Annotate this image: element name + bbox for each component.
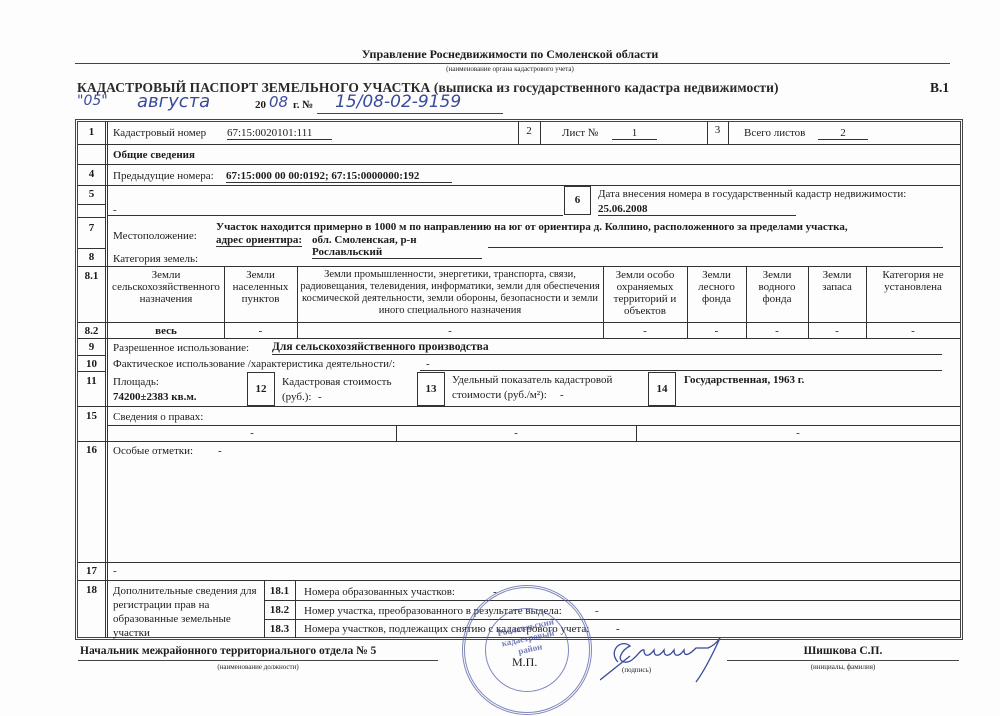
land-category-header: Земли особо охраняемых территорий и объе… xyxy=(604,269,686,317)
official-seal: Рославльский кадастровый район xyxy=(462,585,592,715)
divider xyxy=(420,370,942,371)
row-8-number: 8 xyxy=(78,251,105,263)
divider xyxy=(488,247,943,248)
number-column-divider-2 xyxy=(107,121,108,638)
specific-value-label-2: стоимости (руб./м²): xyxy=(452,389,547,401)
permitted-use-label: Разрешенное использование: xyxy=(113,342,249,354)
rights-label: Сведения о правах: xyxy=(113,411,203,423)
ownership-value: Государственная, 1963 г. xyxy=(684,374,804,386)
cadastral-value-label-2: (руб.): xyxy=(282,391,311,403)
cadastral-value-label: Кадастровая стоимость xyxy=(282,376,392,388)
number-underline xyxy=(317,113,503,114)
total-sheets-value: 2 xyxy=(818,127,868,140)
rights-value-3: - xyxy=(636,427,960,439)
row-8-2-number: 8.2 xyxy=(78,325,105,337)
cadastral-value-value: - xyxy=(318,391,322,403)
land-category-header: Категория не установлена xyxy=(867,269,959,293)
row-3-number: 3 xyxy=(707,124,728,136)
divider xyxy=(728,121,729,144)
row-18-number: 18 xyxy=(78,584,105,596)
row-16-number: 16 xyxy=(78,444,105,456)
divider xyxy=(264,600,960,601)
land-category-header: Земли населенных пунктов xyxy=(225,269,296,305)
issue-date-row: "05" августа 20 08 г. № 15/08-02-9159 xyxy=(77,95,517,117)
area-value: 74200±2383 кв.м. xyxy=(113,391,197,403)
land-category-header: Земли запаса xyxy=(809,269,865,293)
number-column-divider xyxy=(105,121,106,638)
official-name: Шишкова С.П. xyxy=(727,645,959,657)
specific-value-value: - xyxy=(560,389,564,401)
cadastral-number-value: 67:15:0020101:111 xyxy=(227,127,332,140)
row-17-number: 17 xyxy=(78,565,105,577)
divider xyxy=(108,425,960,426)
additional-info-label: Дополнительные сведения для регистрации … xyxy=(113,584,263,640)
row-6-number: 6 xyxy=(564,194,591,206)
date-year-prefix: 20 xyxy=(255,99,266,111)
row-14-number: 14 xyxy=(648,383,676,395)
name-caption: (инициалы, фамилия) xyxy=(727,663,959,671)
specific-value-label: Удельный показатель кадастровой xyxy=(452,374,612,386)
land-category-value: - xyxy=(688,325,745,337)
permitted-use-value: Для сельскохозяйственного производства xyxy=(272,341,489,353)
divider xyxy=(78,322,960,323)
sheet-number-value: 1 xyxy=(612,127,657,140)
land-category-value: весь xyxy=(109,325,223,337)
total-sheets-label: Всего листов xyxy=(744,127,805,139)
general-info-heading: Общие сведения xyxy=(113,149,195,161)
date-month: августа xyxy=(137,91,210,112)
date-year-suffix: 08 xyxy=(269,93,288,111)
row-18-1-number: 18.1 xyxy=(264,585,295,597)
row-4-number: 4 xyxy=(78,168,105,180)
location-landmark-label: адрес ориентира: xyxy=(216,234,302,247)
divider xyxy=(78,338,960,339)
divider xyxy=(78,204,105,205)
row-18-2-number: 18.2 xyxy=(264,604,295,616)
land-category-value: - xyxy=(225,325,296,337)
actual-use-value: - xyxy=(426,358,430,370)
row-8-1-number: 8.1 xyxy=(78,270,105,282)
position-caption: (наименование должности) xyxy=(78,663,438,671)
land-category-value: - xyxy=(298,325,602,337)
rights-value-2: - xyxy=(396,427,636,439)
row-18-3-number: 18.3 xyxy=(264,623,295,635)
organization-caption: (наименование органа кадастрового учета) xyxy=(300,65,720,73)
land-category-header: Земли промышленности, энергетики, трансп… xyxy=(298,269,602,317)
seal-placeholder: М.П. xyxy=(512,655,537,670)
organization-name: Управление Роснедвижимости по Смоленской… xyxy=(300,47,720,62)
registration-date-label: Дата внесения номера в государственный к… xyxy=(598,188,906,200)
land-category-header: Земли водного фонда xyxy=(747,269,807,305)
special-notes-label: Особые отметки: xyxy=(113,445,193,457)
divider xyxy=(78,371,105,372)
formed-plots-label: Номера образованных участков: xyxy=(304,586,455,598)
land-category-header: Земли сельскохозяйственного назначения xyxy=(109,269,223,305)
divider xyxy=(78,217,105,218)
land-category-value: - xyxy=(747,325,807,337)
signature-caption: (подпись) xyxy=(622,666,651,674)
row-2-number: 2 xyxy=(518,125,540,137)
row-11-number: 11 xyxy=(78,375,105,387)
divider xyxy=(78,580,960,581)
divider xyxy=(78,266,960,267)
row-7-number: 7 xyxy=(78,222,105,234)
position-underline xyxy=(78,660,438,661)
divider xyxy=(78,185,960,186)
divider xyxy=(78,406,960,407)
document-number: 15/08-02-9159 xyxy=(335,92,461,112)
divider xyxy=(108,215,563,216)
special-notes-value: - xyxy=(218,445,222,457)
divider xyxy=(78,355,105,356)
divider xyxy=(78,441,960,442)
location-address-value: обл. Смоленская, р-н Рославльский xyxy=(312,234,482,259)
sheet-number-label: Лист № xyxy=(562,127,598,139)
location-value-line1: Участок находится примерно в 1000 м по н… xyxy=(216,221,848,233)
divider xyxy=(272,354,942,355)
row-5-number: 5 xyxy=(78,188,105,200)
organization-underline xyxy=(75,63,950,64)
land-category-value: - xyxy=(867,325,959,337)
divider xyxy=(78,562,960,563)
row-17-value: - xyxy=(113,565,117,577)
area-label: Площадь: xyxy=(113,376,159,388)
land-category-header: Земли лесного фонда xyxy=(688,269,745,305)
divider xyxy=(295,581,296,638)
rights-value-1: - xyxy=(108,427,396,439)
location-label: Местоположение: xyxy=(113,230,197,242)
row-9-number: 9 xyxy=(78,341,105,353)
row-1-number: 1 xyxy=(78,126,105,138)
actual-use-label: Фактическое использование /характеристик… xyxy=(113,358,395,370)
land-category-label: Категория земель: xyxy=(113,253,198,265)
divider xyxy=(78,164,960,165)
cadastral-number-label: Кадастровый номер xyxy=(113,127,206,139)
row-13-number: 13 xyxy=(417,383,445,395)
divider xyxy=(540,121,541,144)
row-12-number: 12 xyxy=(247,383,275,395)
form-code: В.1 xyxy=(930,80,949,96)
divider xyxy=(78,144,960,145)
divider xyxy=(78,248,105,249)
row-10-number: 10 xyxy=(78,358,105,370)
row-15-number: 15 xyxy=(78,410,105,422)
date-year-unit: г. № xyxy=(293,99,313,111)
previous-numbers-value: 67:15:000 00 00:0192; 67:15:0000000:192 xyxy=(226,170,452,183)
transformed-plot-value: - xyxy=(595,605,599,617)
registration-date-value: 25.06.2008 xyxy=(598,203,796,216)
divider xyxy=(264,619,960,620)
name-underline xyxy=(727,660,959,661)
land-category-value: - xyxy=(604,325,686,337)
date-day: "05" xyxy=(77,93,108,109)
land-category-value: - xyxy=(809,325,865,337)
official-position: Начальник межрайонного территориального … xyxy=(80,645,376,657)
previous-numbers-label: Предыдущие номера: xyxy=(113,170,214,182)
